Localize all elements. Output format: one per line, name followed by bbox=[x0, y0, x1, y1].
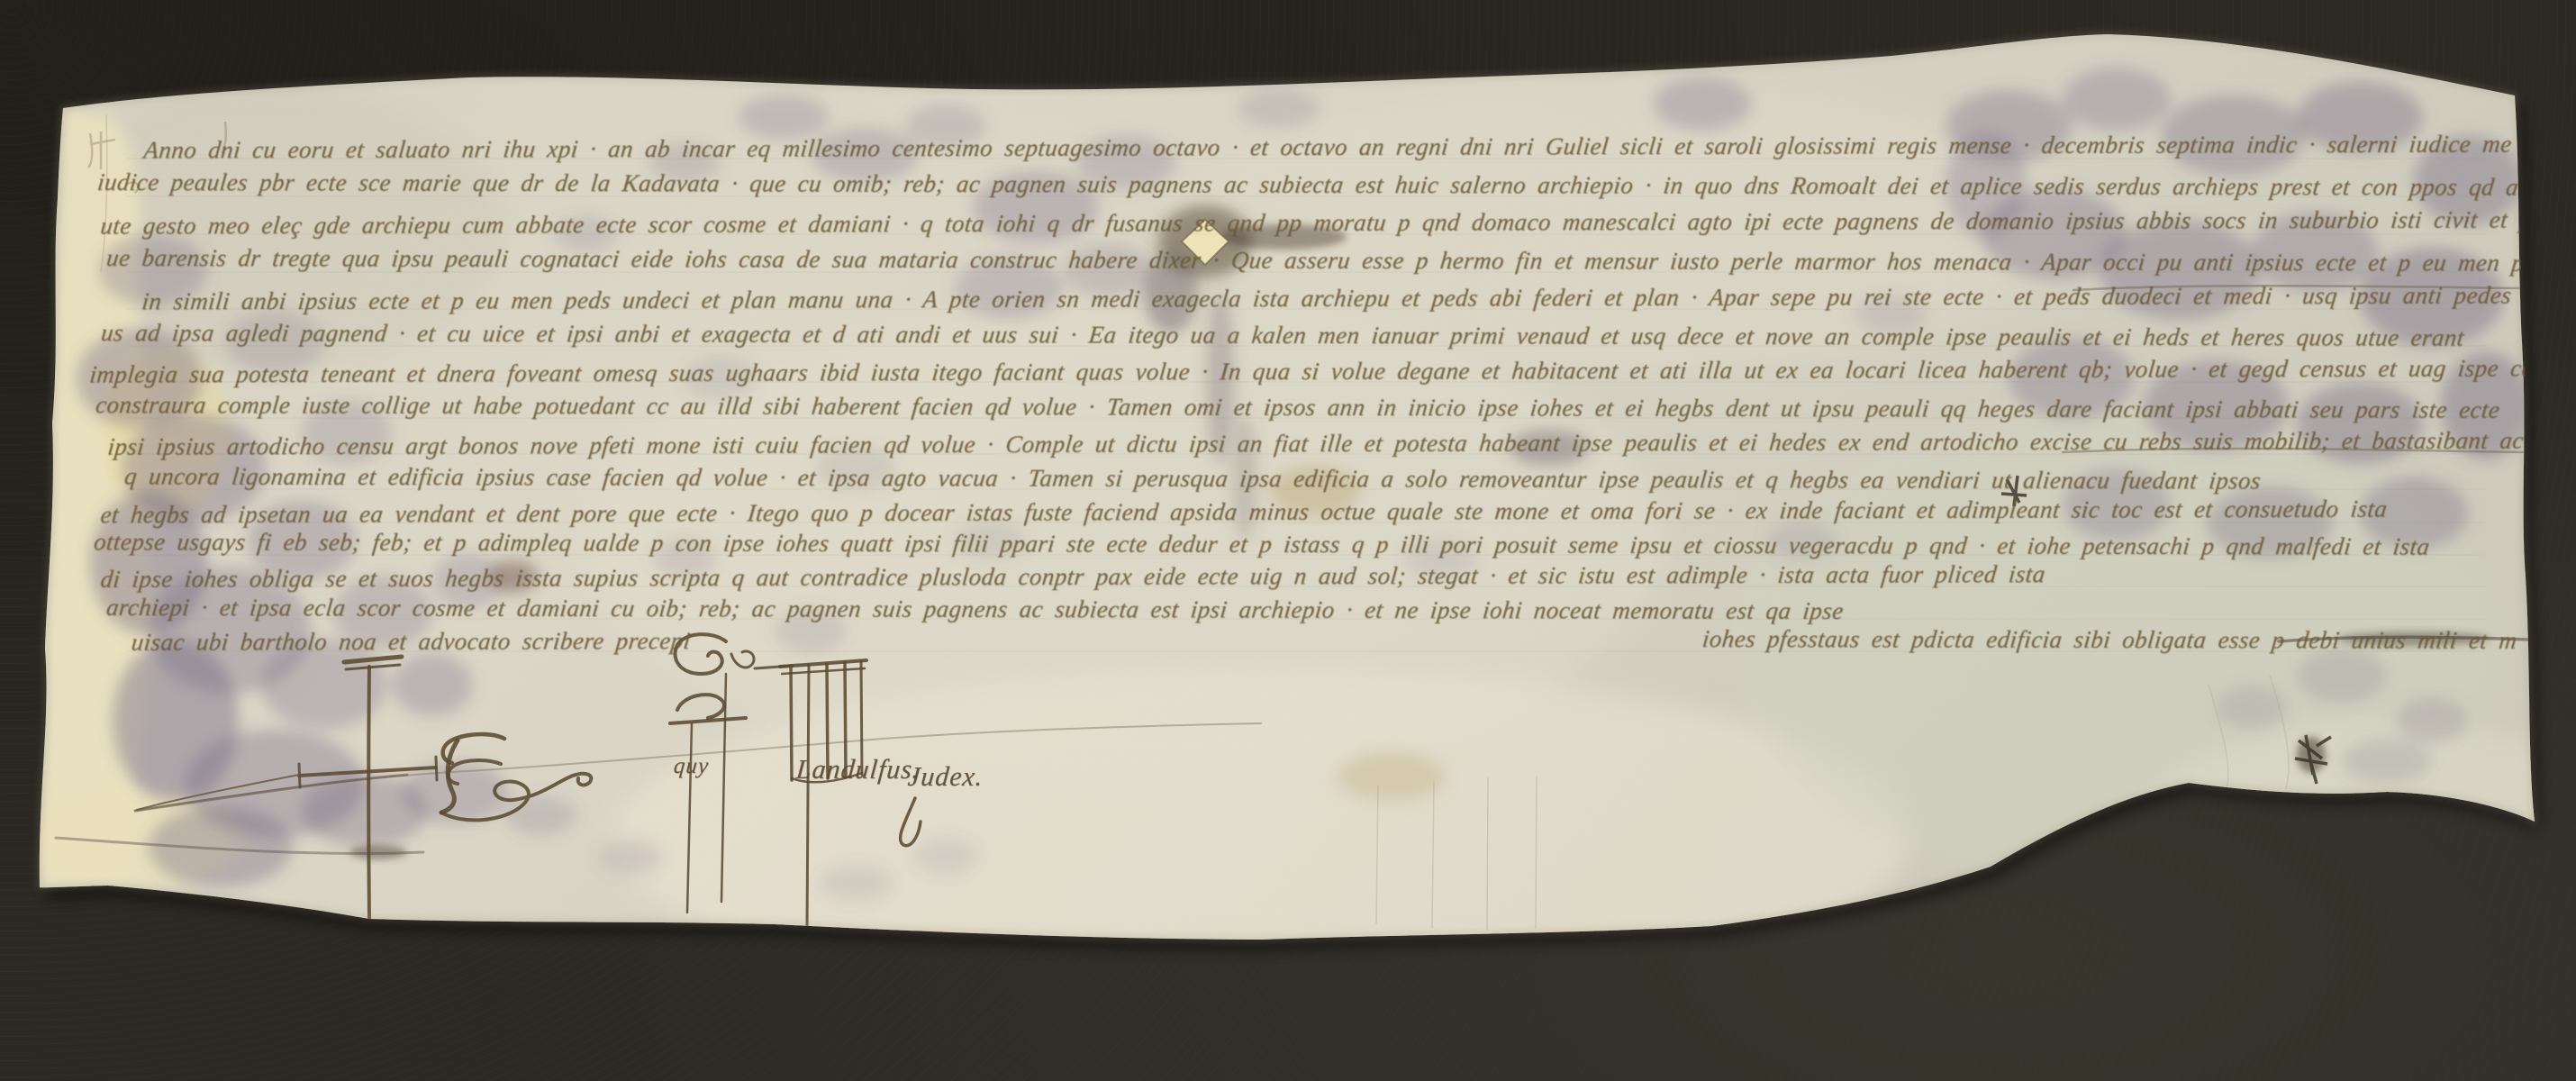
charter-photograph: Anno dni cu eoru et saluato nri ihu xpi … bbox=[0, 0, 2576, 1081]
parchment-graphic bbox=[0, 0, 2576, 1081]
